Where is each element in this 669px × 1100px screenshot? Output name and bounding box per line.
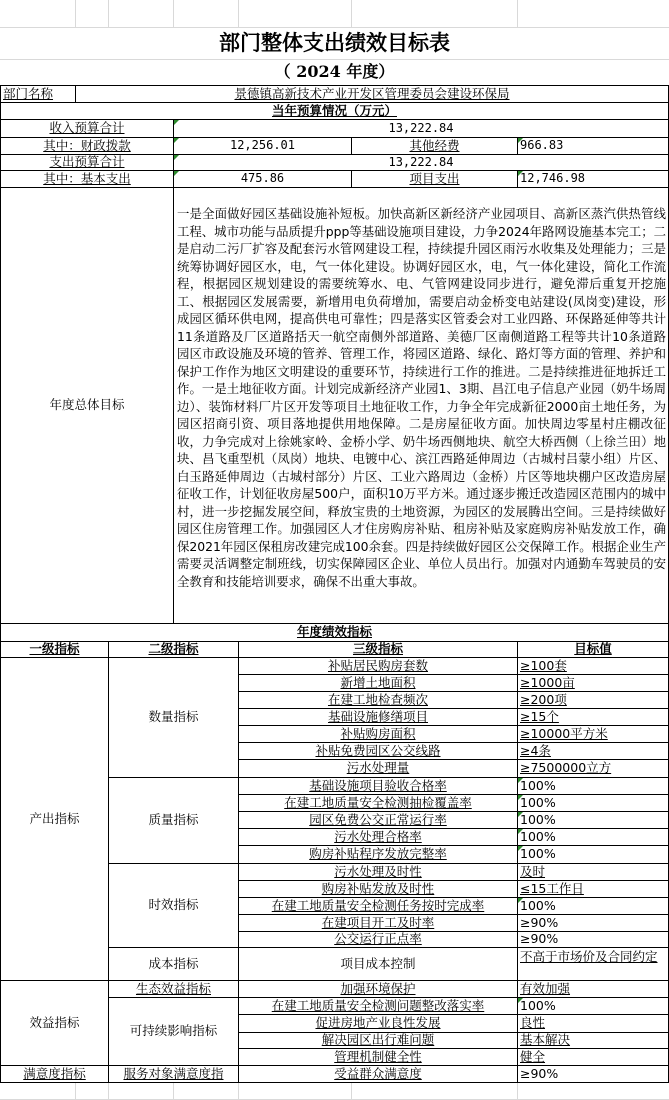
header-level2: 二级指标 xyxy=(108,641,239,658)
page-title: 部门整体支出绩效目标表 xyxy=(0,28,669,59)
target-value: 100% xyxy=(517,997,669,1015)
target-value: 基本解决 xyxy=(517,1032,669,1049)
indicator-row: 购房补贴发放及时性 xyxy=(238,880,518,898)
indicator-row: 促进房地产业良性发展 xyxy=(238,1014,518,1033)
indicator-row: 项目成本控制 xyxy=(238,947,518,981)
indicator-row: 加强环境保护 xyxy=(238,980,518,998)
level2-cost: 成本指标 xyxy=(108,947,239,981)
indicator-row: 在建工地质量安全检测抽检覆盖率 xyxy=(238,794,518,812)
target-value: 100% xyxy=(517,828,669,846)
indicator-row: 在建项目开工及时率 xyxy=(238,914,518,932)
indicator-row: 补贴免费园区公交线路 xyxy=(238,742,518,760)
target-value: 100% xyxy=(517,794,669,812)
project-expense-label: 项目支出 xyxy=(351,170,518,188)
project-expense-value: 12,746.98 xyxy=(517,170,669,188)
performance-section-title: 年度绩效指标 xyxy=(0,623,669,642)
target-value: 100% xyxy=(517,811,669,829)
target-value: ≥100套 xyxy=(517,657,669,675)
other-funds-value: 966.83 xyxy=(517,137,669,155)
indicator-row: 补贴居民购房套数 xyxy=(238,657,518,675)
department-name: 景德镇高新技术产业开发区管理委员会建设环保局 xyxy=(75,85,669,103)
fiscal-allocation-label: 其中：财政拨款 xyxy=(0,137,174,155)
indicator-row: 管理机制健全性 xyxy=(238,1048,518,1066)
header-level1: 一级指标 xyxy=(0,641,109,658)
target-value: 不高于市场价及合同约定 xyxy=(517,947,669,981)
target-value: ≥90% xyxy=(517,914,669,932)
target-value: ≥200项 xyxy=(517,691,669,709)
target-value: 健全 xyxy=(517,1048,669,1066)
indicator-row: 在建工地质量安全检测任务按时完成率 xyxy=(238,897,518,915)
income-total-label: 收入预算合计 xyxy=(0,119,174,138)
indicator-row: 在建工地检查频次 xyxy=(238,691,518,709)
level2-service-satisfaction: 服务对象满意度指 xyxy=(108,1065,239,1083)
page-subtitle: （ 2024 年度） xyxy=(0,60,669,85)
level2-timeliness: 时效指标 xyxy=(108,863,239,948)
target-value: 100% xyxy=(517,777,669,795)
target-value: 良性 xyxy=(517,1014,669,1033)
header-level3: 三级指标 xyxy=(238,641,518,658)
indicator-row: 公交运行正点率 xyxy=(238,931,518,948)
department-label: 部门名称 xyxy=(0,85,76,103)
level1-satisfaction: 满意度指标 xyxy=(0,1065,109,1083)
level2-ecological: 生态效益指标 xyxy=(108,980,239,998)
basic-expense-value: 475.86 xyxy=(173,170,352,188)
target-value: ≥7500000立方 xyxy=(517,759,669,778)
indicator-row: 园区免费公交正常运行率 xyxy=(238,811,518,829)
indicator-row: 基础设施项目验收合格率 xyxy=(238,777,518,795)
target-value: ≤15工作日 xyxy=(517,880,669,898)
expense-total-label: 支出预算合计 xyxy=(0,154,174,171)
target-value: ≥15个 xyxy=(517,708,669,726)
indicator-row: 污水处理及时性 xyxy=(238,863,518,881)
target-value: ≥4条 xyxy=(517,742,669,760)
indicator-row: 基础设施修缮项目 xyxy=(238,708,518,726)
indicator-row: 购房补贴程序发放完整率 xyxy=(238,845,518,864)
header-target: 目标值 xyxy=(517,641,669,658)
indicator-row: 污水处理合格率 xyxy=(238,828,518,846)
target-value: 及时 xyxy=(517,863,669,881)
indicator-row: 补贴购房面积 xyxy=(238,725,518,743)
annual-goal-label: 年度总体目标 xyxy=(0,187,174,624)
target-value: 100% xyxy=(517,897,669,915)
target-value: ≥10000平方米 xyxy=(517,725,669,743)
budget-section-title: 当年预算情况（万元） xyxy=(0,102,669,120)
level2-quantity: 数量指标 xyxy=(108,657,239,778)
income-total-value: 13,222.84 xyxy=(173,119,669,138)
indicator-row: 污水处理量 xyxy=(238,759,518,778)
indicator-row: 受益群众满意度 xyxy=(238,1065,518,1083)
level1-output: 产出指标 xyxy=(0,657,109,981)
basic-expense-label: 其中：基本支出 xyxy=(0,170,174,188)
expense-total-value: 13,222.84 xyxy=(173,154,669,171)
other-funds-label: 其他经费 xyxy=(351,137,518,155)
target-value: ≥90% xyxy=(517,931,669,948)
level2-sustainable: 可持续影响指标 xyxy=(108,997,239,1066)
annual-goal-text: 一是全面做好园区基础设施补短板。加快高新区新经济产业园项目、高新区蒸汽供热管线工… xyxy=(173,187,669,624)
indicator-row: 在建工地质量安全检测问题整改落实率 xyxy=(238,997,518,1015)
fiscal-allocation-value: 12,256.01 xyxy=(173,137,352,155)
target-value: ≥1000亩 xyxy=(517,674,669,692)
target-value: 100% xyxy=(517,845,669,864)
indicator-row: 新增土地面积 xyxy=(238,674,518,692)
target-value: 有效加强 xyxy=(517,980,669,998)
target-value: ≥90% xyxy=(517,1065,669,1083)
indicator-row: 解决园区出行难问题 xyxy=(238,1032,518,1049)
level2-quality: 质量指标 xyxy=(108,777,239,864)
level1-benefit: 效益指标 xyxy=(0,980,109,1066)
